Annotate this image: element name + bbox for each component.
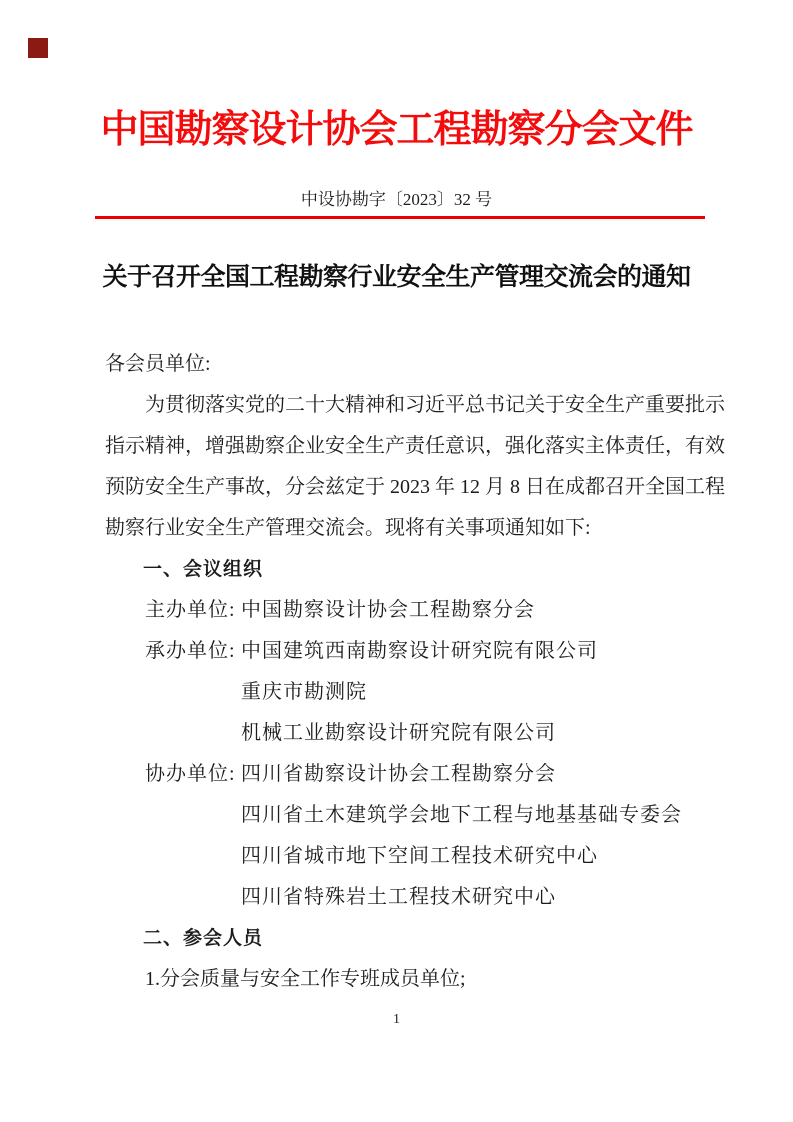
organizer-unit: 中国建筑西南勘察设计研究院有限公司 (241, 631, 697, 672)
organizer-unit: 机械工业勘察设计研究院有限公司 (241, 713, 697, 754)
document-body: 各会员单位: 为贯彻落实党的二十大精神和习近平总书记关于安全生产重要批示 指示精… (105, 344, 697, 1000)
organizer-item-host: 主办单位: 中国勘察设计协会工程勘察分会 (145, 590, 697, 631)
paragraph-line: 指示精神，增强勘察企业安全生产责任意识，强化落实主体责任，有效 (105, 426, 697, 467)
organizer-unit: 四川省勘察设计协会工程勘察分会 (241, 754, 697, 795)
notice-title: 关于召开全国工程勘察行业安全生产管理交流会的通知 (0, 259, 793, 297)
organizer-label: 协办单位: (145, 754, 241, 918)
page-number: 1 (0, 1012, 793, 1028)
salutation: 各会员单位: (105, 344, 697, 385)
org-title: 中国勘察设计协会工程勘察分会文件 (0, 104, 793, 156)
corner-registration-mark (28, 38, 48, 58)
paragraph-line: 勘察行业安全生产管理交流会。现将有关事项通知如下: (105, 508, 697, 549)
organizer-unit: 重庆市勘测院 (241, 672, 697, 713)
organizer-unit: 中国勘察设计协会工程勘察分会 (241, 590, 697, 631)
organizer-item-coorganizer: 协办单位: 四川省勘察设计协会工程勘察分会 四川省土木建筑学会地下工程与地基基础… (145, 754, 697, 918)
organizer-label: 主办单位: (145, 590, 241, 631)
section-heading-1: 一、会议组织 (143, 549, 697, 590)
section-heading-2: 二、参会人员 (143, 918, 697, 959)
doc-number: 中设协勘字〔2023〕32 号 (0, 188, 793, 212)
paragraph-line: 预防安全生产事故，分会兹定于 2023 年 12 月 8 日在成都召开全国工程 (105, 467, 697, 508)
document-page: 中国勘察设计协会工程勘察分会文件 中设协勘字〔2023〕32 号 关于召开全国工… (0, 0, 793, 1122)
numbered-item: 1.分会质量与安全工作专班成员单位; (145, 959, 697, 1000)
organizer-unit: 四川省特殊岩土工程技术研究中心 (241, 877, 697, 918)
organizer-item-undertaker: 承办单位: 中国建筑西南勘察设计研究院有限公司 重庆市勘测院 机械工业勘察设计研… (145, 631, 697, 754)
organizer-unit: 四川省土木建筑学会地下工程与地基基础专委会 (241, 795, 697, 836)
paragraph-line: 为贯彻落实党的二十大精神和习近平总书记关于安全生产重要批示 (105, 385, 697, 426)
red-divider-line (95, 216, 705, 219)
organizer-unit: 四川省城市地下空间工程技术研究中心 (241, 836, 697, 877)
organizer-label: 承办单位: (145, 631, 241, 754)
